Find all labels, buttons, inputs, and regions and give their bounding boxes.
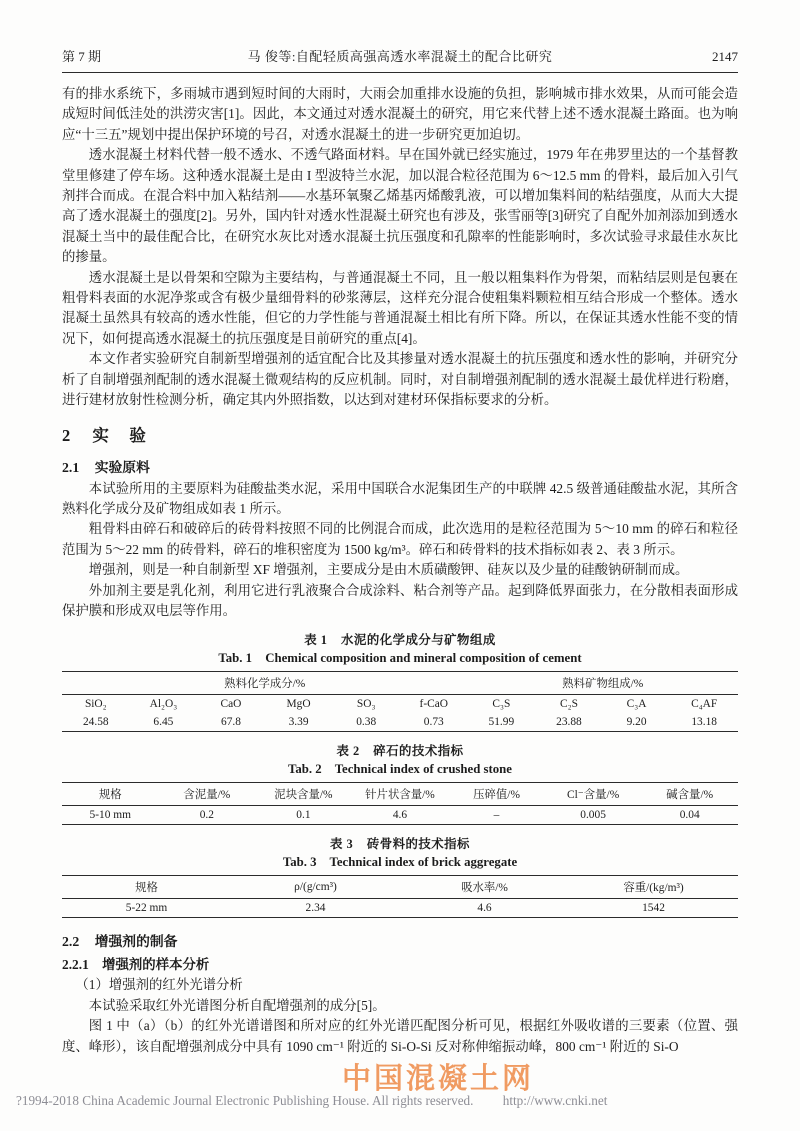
table2-val-alkali: 0.04 bbox=[641, 806, 738, 825]
table3-title-zh: 砖骨料的技术指标 bbox=[367, 837, 470, 851]
subsection-title: 实验原料 bbox=[95, 460, 150, 475]
table3-col-density: ρ/(g/cm³) bbox=[231, 876, 400, 899]
table1-value-row: 24.58 6.45 67.8 3.39 0.38 0.73 51.99 23.… bbox=[62, 713, 738, 732]
paragraph-p2: 透水混凝土材料代替一般不透水、不透气路面材料。早在国外就已经实施过，1979 年… bbox=[62, 145, 738, 267]
table2-col-crush: 压碎值/% bbox=[448, 783, 545, 806]
table1-col-so3: SO₃ bbox=[332, 695, 400, 714]
table2-col-spec: 规格 bbox=[62, 783, 159, 806]
table3-val-absorption: 4.6 bbox=[400, 899, 569, 918]
table3-col-absorption: 吸水率/% bbox=[400, 876, 569, 899]
subsection-number: 2.1 bbox=[62, 460, 79, 475]
page-footer: ?1994-2018 China Academic Journal Electr… bbox=[16, 1093, 784, 1109]
table2-number-en: Tab. 2 bbox=[288, 762, 322, 776]
page-number: 2147 bbox=[712, 49, 738, 65]
paragraph-p8: 外加剂主要是乳化剂，利用它进行乳液聚合合成涂料、粘合剂等产品。起到降低界面张力，… bbox=[62, 581, 738, 622]
table1-val-c3s: 51.99 bbox=[468, 713, 536, 732]
table1-title-zh: 水泥的化学成分与矿物组成 bbox=[341, 633, 496, 647]
subsection-heading-2-1: 2.1 实验原料 bbox=[62, 456, 738, 476]
cnki-url: http://www.cnki.net bbox=[503, 1093, 608, 1108]
table1-col-fcao: f-CaO bbox=[400, 695, 468, 714]
issue-label: 第 7 期 bbox=[62, 46, 101, 65]
paragraph-p11: 图 1 中（a）（b）的红外光谱谱图和所对应的红外光谱匹配图分析可见，根据红外吸… bbox=[62, 1016, 738, 1057]
table2-header-row: 规格 含泥量/% 泥块含量/% 针片状含量/% 压碎值/% Cl⁻含量/% 碱含… bbox=[62, 783, 738, 806]
copyright-text: ?1994-2018 China Academic Journal Electr… bbox=[16, 1093, 473, 1108]
table1-number-zh: 表 1 bbox=[304, 633, 327, 647]
table3-number-zh: 表 3 bbox=[330, 837, 353, 851]
table3-caption-en: Tab. 3 Technical index of brick aggregat… bbox=[62, 855, 738, 870]
subsection-number: 2.2 bbox=[62, 934, 79, 949]
subsection-heading-2-2: 2.2 增强剂的制备 bbox=[62, 930, 738, 950]
table2-caption-zh: 表 2 碎石的技术指标 bbox=[62, 741, 738, 759]
table3-col-spec: 规格 bbox=[62, 876, 231, 899]
table2-caption-en: Tab. 2 Technical index of crushed stone bbox=[62, 762, 738, 777]
paragraph-p9: （1）增强剂的红外光谱分析 bbox=[62, 975, 738, 995]
table2-title-zh: 碎石的技术指标 bbox=[373, 744, 463, 758]
paragraph-p7: 增强剂，则是一种自制新型 XF 增强剂，主要成分是由木质磺酸钾、硅灰以及少量的硅… bbox=[62, 560, 738, 580]
section-title: 实 验 bbox=[92, 426, 148, 445]
table3-val-unitweight: 1542 bbox=[569, 899, 738, 918]
table1-col-al2o3: Al₂O₃ bbox=[130, 695, 198, 714]
table3-val-spec: 5-22 mm bbox=[62, 899, 231, 918]
table1-caption-en: Tab. 1 Chemical composition and mineral … bbox=[62, 651, 738, 666]
table1-val-al2o3: 6.45 bbox=[130, 713, 198, 732]
table2-val-mudlump: 0.1 bbox=[255, 806, 352, 825]
table2-val-crush: – bbox=[448, 806, 545, 825]
table3-title-en: Technical index of brick aggregate bbox=[329, 855, 517, 869]
table3-col-unitweight: 容重/(kg/m³) bbox=[569, 876, 738, 899]
section-heading-2: 2 实 验 bbox=[62, 422, 738, 446]
table2-number-zh: 表 2 bbox=[336, 744, 359, 758]
running-title: 马 俊等:自配轻质高强高透水率混凝土的配合比研究 bbox=[248, 46, 553, 65]
table3-val-density: 2.34 bbox=[231, 899, 400, 918]
page-header: 第 7 期 马 俊等:自配轻质高强高透水率混凝土的配合比研究 2147 bbox=[62, 0, 738, 65]
table1-col-c2s: C₂S bbox=[535, 695, 603, 714]
paragraph-p1: 有的排水系统下，多雨城市遇到短时间的大雨时，大雨会加重排水设施的负担，影响城市排… bbox=[62, 84, 738, 145]
paragraph-p3: 透水混凝土是以骨架和空隙为主要结构，与普通混凝土不同，且一般以粗集料作为骨架，而… bbox=[62, 268, 738, 350]
subsection-number: 2.2.1 bbox=[62, 957, 89, 972]
table1-cement-composition: 熟料化学成分/% 熟料矿物组成/% SiO₂ Al₂O₃ CaO MgO SO₃… bbox=[62, 671, 738, 732]
table1-group-header-chemical: 熟料化学成分/% bbox=[62, 672, 468, 695]
paragraph-p5: 本试验所用的主要原料为硅酸盐类水泥，采用中国联合水泥集团生产的中联牌 42.5 … bbox=[62, 479, 738, 520]
table1-val-c2s: 23.88 bbox=[535, 713, 603, 732]
table1-col-mgo: MgO bbox=[265, 695, 333, 714]
table1-col-sio2: SiO₂ bbox=[62, 695, 130, 714]
table1-val-fcao: 0.73 bbox=[400, 713, 468, 732]
table1-col-c4af: C₄AF bbox=[670, 695, 738, 714]
subsection-heading-2-2-1: 2.2.1 增强剂的样本分析 bbox=[62, 954, 738, 973]
table1-col-cao: CaO bbox=[197, 695, 265, 714]
journal-page: 第 7 期 马 俊等:自配轻质高强高透水率混凝土的配合比研究 2147 有的排水… bbox=[0, 0, 800, 1131]
table1-val-so3: 0.38 bbox=[332, 713, 400, 732]
table1-col-c3s: C₃S bbox=[468, 695, 536, 714]
table2-col-alkali: 碱含量/% bbox=[641, 783, 738, 806]
section-number: 2 bbox=[62, 426, 70, 445]
table3-value-row: 5-22 mm 2.34 4.6 1542 bbox=[62, 899, 738, 918]
cnki-watermark: 中国混凝土网 bbox=[342, 1056, 534, 1097]
table1-caption-zh: 表 1 水泥的化学成分与矿物组成 bbox=[62, 630, 738, 648]
table2-val-mud: 0.2 bbox=[159, 806, 256, 825]
table1-val-sio2: 24.58 bbox=[62, 713, 130, 732]
table2-title-en: Technical index of crushed stone bbox=[335, 762, 512, 776]
table1-val-mgo: 3.39 bbox=[265, 713, 333, 732]
table2-val-needle: 4.6 bbox=[352, 806, 449, 825]
table2-val-spec: 5-10 mm bbox=[62, 806, 159, 825]
table1-group-header-row: 熟料化学成分/% 熟料矿物组成/% bbox=[62, 672, 738, 695]
table2-crushed-stone-index: 规格 含泥量/% 泥块含量/% 针片状含量/% 压碎值/% Cl⁻含量/% 碱含… bbox=[62, 782, 738, 825]
table1-col-c3a: C₃A bbox=[603, 695, 671, 714]
table3-header-row: 规格 ρ/(g/cm³) 吸水率/% 容重/(kg/m³) bbox=[62, 876, 738, 899]
subsection-title: 增强剂的制备 bbox=[95, 934, 178, 949]
table3-number-en: Tab. 3 bbox=[283, 855, 317, 869]
table3-caption-zh: 表 3 砖骨料的技术指标 bbox=[62, 834, 738, 852]
table1-val-c3a: 9.20 bbox=[603, 713, 671, 732]
table2-col-mud: 含泥量/% bbox=[159, 783, 256, 806]
table2-value-row: 5-10 mm 0.2 0.1 4.6 – 0.005 0.04 bbox=[62, 806, 738, 825]
table1-number-en: Tab. 1 bbox=[218, 651, 252, 665]
paragraph-p4: 本文作者实验研究自制新型增强剂的适宜配合比及其掺量对透水混凝土的抗压强度和透水性… bbox=[62, 349, 738, 410]
table2-col-needle: 针片状含量/% bbox=[352, 783, 449, 806]
paragraph-p10: 本试验采取红外光谱图分析自配增强剂的成分[5]。 bbox=[62, 996, 738, 1016]
paragraph-p6: 粗骨料由碎石和破碎后的砖骨料按照不同的比例混合而成，此次选用的是粒径范围为 5～… bbox=[62, 519, 738, 560]
header-rule bbox=[62, 72, 738, 73]
table3-brick-aggregate-index: 规格 ρ/(g/cm³) 吸水率/% 容重/(kg/m³) 5-22 mm 2.… bbox=[62, 875, 738, 918]
table2-col-cl: Cl⁻含量/% bbox=[545, 783, 642, 806]
table1-column-header-row: SiO₂ Al₂O₃ CaO MgO SO₃ f-CaO C₃S C₂S C₃A… bbox=[62, 695, 738, 714]
table1-val-c4af: 13.18 bbox=[670, 713, 738, 732]
table1-title-en: Chemical composition and mineral composi… bbox=[265, 651, 581, 665]
table2-col-mudlump: 泥块含量/% bbox=[255, 783, 352, 806]
table2-val-cl: 0.005 bbox=[545, 806, 642, 825]
subsection-title: 增强剂的样本分析 bbox=[102, 957, 209, 972]
table1-val-cao: 67.8 bbox=[197, 713, 265, 732]
table1-group-header-mineral: 熟料矿物组成/% bbox=[468, 672, 738, 695]
page-content: 第 7 期 马 俊等:自配轻质高强高透水率混凝土的配合比研究 2147 有的排水… bbox=[62, 0, 738, 1057]
